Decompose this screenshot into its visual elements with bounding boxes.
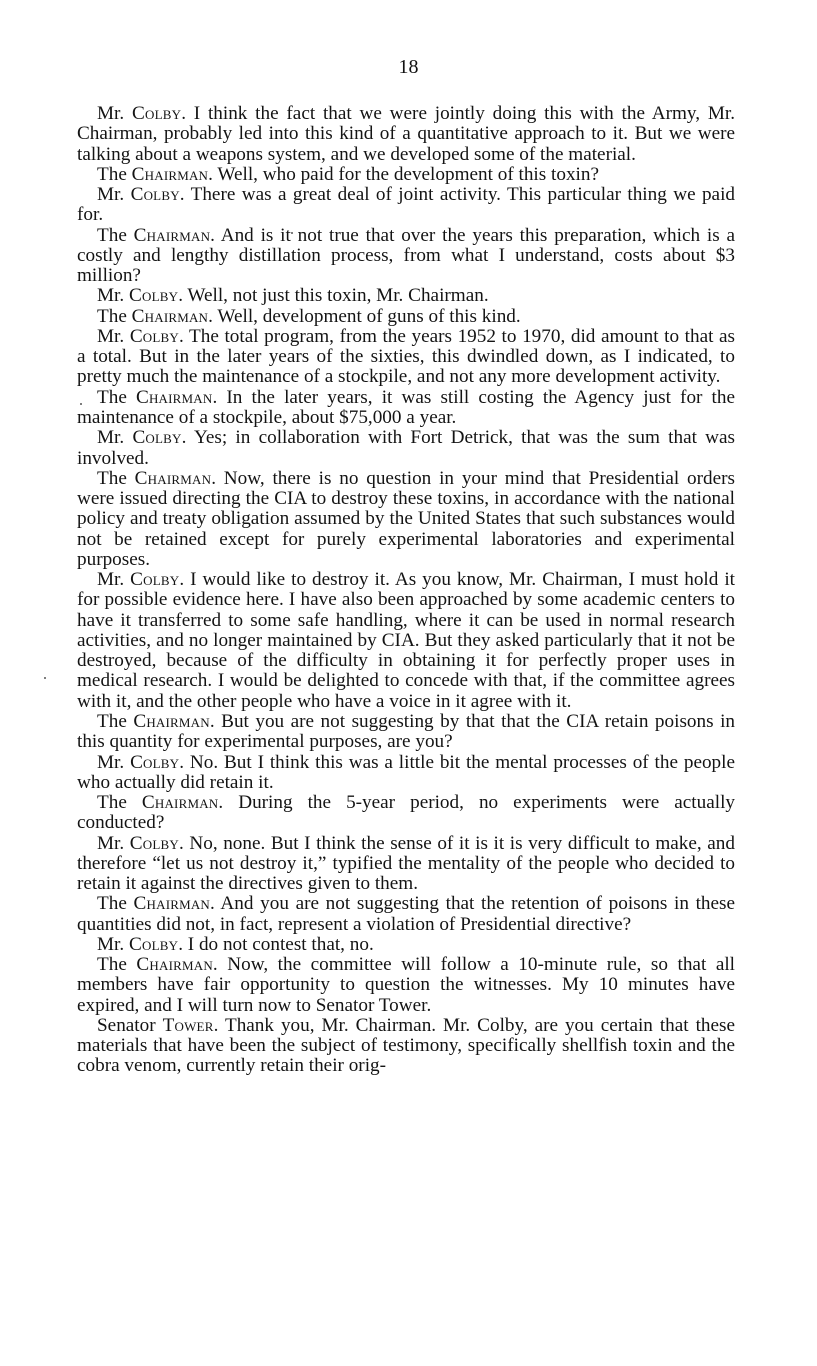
paragraph-text: Well, not just this toxin, Mr. Chairman. [183,285,489,306]
speaker-title: Mr. [97,427,124,448]
paragraph-colby-5: Mr. Colby. Yes; in collaboration with Fo… [77,428,735,469]
scan-speck [291,232,293,234]
speaker-title: The [97,468,127,489]
paragraph-text: I would like to destroy it. As you know,… [77,569,735,712]
speaker-name: Tower [163,1015,214,1036]
speaker-title: The [97,225,127,246]
speaker-name: Colby [130,326,179,347]
speaker-title: Mr. [97,103,124,124]
speaker-name: Chairman [134,225,211,246]
paragraph-chairman-7: The Chairman. During the 5-year period, … [77,793,735,834]
speaker-name: Chairman [132,306,209,327]
scan-speck [80,403,82,405]
paragraph-chairman-9: The Chairman. Now, the committee will fo… [77,955,735,1016]
paragraph-text: I do not contest that, no. [183,934,374,955]
speaker-title: Mr. [97,326,124,347]
speaker-name: Colby [132,427,181,448]
paragraph-chairman-3: The Chairman. Well, development of guns … [77,307,735,327]
paragraph-colby-9: Mr. Colby. I do not contest that, no. [77,935,735,955]
speaker-title: The [97,306,127,327]
paragraph-colby-8: Mr. Colby. No, none. But I think the sen… [77,834,735,895]
speaker-name: Chairman [136,387,213,408]
paragraph-chairman-2: The Chairman. And is it not true that ov… [77,226,735,287]
speaker-title: The [97,711,127,732]
paragraph-text: Well, development of guns of this kind. [213,306,521,327]
speaker-title: The [97,792,127,813]
speaker-name: Chairman [142,792,219,813]
speaker-name: Colby [130,833,179,854]
speaker-title: Senator [97,1015,156,1036]
scan-speck [44,677,46,679]
paragraph-chairman-5: The Chairman. Now, there is no question … [77,469,735,570]
speaker-title: The [97,387,127,408]
speaker-name: Chairman [136,954,213,975]
speaker-name: Colby [129,934,178,955]
speaker-name: Chairman [132,164,209,185]
paragraph-colby-6: Mr. Colby. I would like to destroy it. A… [77,570,735,712]
speaker-name: Colby [130,752,179,773]
paragraph-colby-4: Mr. Colby. The total program, from the y… [77,327,735,388]
paragraph-colby-3: Mr. Colby. Well, not just this toxin, Mr… [77,286,735,306]
paragraph-chairman-4: The Chairman. In the later years, it was… [77,388,735,429]
paragraph-chairman-6: The Chairman. But you are not suggesting… [77,712,735,753]
speaker-name: Colby [129,285,178,306]
speaker-title: The [97,893,127,914]
paragraph-chairman-1: The Chairman. Well, who paid for the dev… [77,165,735,185]
speaker-title: Mr. [97,833,124,854]
page-number: 18 [0,56,817,79]
speaker-name: Colby [130,569,179,590]
speaker-name: Chairman [134,893,211,914]
speaker-title: Mr. [97,285,124,306]
speaker-name: Colby [132,103,181,124]
speaker-name: Colby [131,184,180,205]
speaker-name: Chairman [135,468,212,489]
paragraph-colby-7: Mr. Colby. No. But I think this was a li… [77,753,735,794]
paragraph-tower-1: Senator Tower. Thank you, Mr. Chairman. … [77,1016,735,1077]
paragraph-colby-1: Mr. Colby. I think the fact that we were… [77,104,735,165]
paragraph-text: Well, who paid for the development of th… [213,164,599,185]
speaker-name: Chairman [133,711,210,732]
speaker-title: Mr. [97,184,124,205]
paragraph-chairman-8: The Chairman. And you are not suggesting… [77,894,735,935]
testimony-transcript: Mr. Colby. I think the fact that we were… [77,104,735,1077]
speaker-title: Mr. [97,752,124,773]
speaker-title: Mr. [97,569,124,590]
speaker-title: The [97,164,127,185]
paragraph-colby-2: Mr. Colby. There was a great deal of joi… [77,185,735,226]
speaker-title: Mr. [97,934,124,955]
speaker-title: The [97,954,127,975]
